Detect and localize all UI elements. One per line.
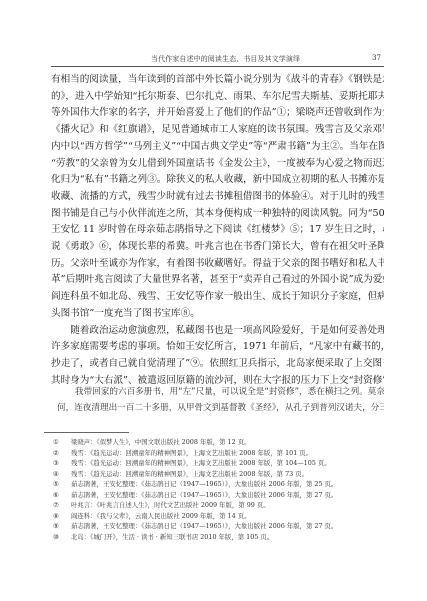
text-line: 说《勇敢》⑥，体现长辈的希冀。叶兆言也在书香门第长大，曾有在祖父叶圣陶身边生活的… bbox=[51, 239, 384, 256]
footnote: ④残雪：《趋光运动：回溯童年的精神图景》，上海文艺出版社 2008 年版，第 7… bbox=[51, 469, 384, 480]
text-line: 历。父亲叶至诚亦为作家，有着图书收藏嗜好。得益于父亲的图书嗜好和私人书库，“文 bbox=[51, 256, 384, 273]
running-title: 当代作家自述中的阅读生态、书目及其文学演绎 bbox=[151, 54, 300, 64]
footnote-text: 残雪：《趋光运动：回溯童年的精神图景》，上海文艺出版社 2008 年版，第 10… bbox=[71, 458, 331, 469]
paragraph-1: 有相当的阅读量，当年读到的首部中外长篇小说分别为《战斗的青春》《钢铁是怎样炼成 … bbox=[51, 72, 384, 323]
text-line: 收藏、流播的方式，残雪少时就有过去书摊租借图书的体验④。对于儿时的残雪来说，私人 bbox=[51, 189, 384, 206]
text-line: 革”后期叶兆言阅读了大量世界名著，甚至于“卖弄自己看过的外国小说”成为爱好之一⑦… bbox=[51, 272, 384, 289]
footnote-number: ④ bbox=[51, 469, 71, 480]
footnote-text: 茹志鹃著，王安忆整理：《茹志鹃日记（1947—1965）》，大象出版社 2006… bbox=[71, 490, 337, 501]
text-line: 《播火记》和《红旗谱》，足见普通城市工人家庭的读书氛围。残雪言及父亲邓钧洪的书架… bbox=[51, 122, 384, 139]
text-line: 有相当的阅读量，当年读到的首部中外长篇小说分别为《战斗的青春》《钢铁是怎样炼成 bbox=[51, 72, 384, 89]
text-line: 等外国伟大作家的名字，并开始喜爱上了他们的作品”①；梁晓声还曾收到作为生日礼物的 bbox=[51, 105, 384, 122]
quote-line: 何，连夜清理出一百二十多册，从甲骨文到基督教《圣经》，从孔子到普列汉诺夫，分三 bbox=[57, 400, 384, 416]
text-line: 的》，进入中学始知“托尔斯泰、巴尔扎克、雨果、车尔尼雪夫斯基、妥斯托耶夫斯基、高… bbox=[51, 89, 384, 106]
footnote: ⑨茹志鹃著，王安忆整理：《茹志鹃日记（1947—1965）》，大象出版社 200… bbox=[51, 521, 384, 532]
footnote-number: ⑧ bbox=[51, 511, 71, 522]
text-line: 化归为“私有”书籍之列③。除狭义的私人收藏，新中国成立初期的私人书摊亦是一种图书 bbox=[51, 172, 384, 189]
text-line: 抄走了，或者自己就自觉清理了”⑨。依照红卫兵指示，北岛家便采取了上交图书措施⑩。 bbox=[51, 356, 384, 373]
footnote-text: 残雪：《趋光运动：回溯童年的精神图景》，上海文艺出版社 2008 年版，第 10… bbox=[71, 448, 312, 459]
text-line: 王安忆 11 岁时曾在母亲茹志鹃指导之下阅读《红楼梦》⑤；17 岁生日之时，母亲… bbox=[51, 222, 384, 239]
text-line: 头图书馆”一度充当了图书宝库⑧。 bbox=[51, 306, 384, 323]
footnote-text: 残雪：《趋光运动：回溯童年的精神图景》，上海文艺出版社 2008 年版，第 73… bbox=[71, 469, 308, 480]
block-quote: 我带回家的六百多册书，用“左”尺量，可以说全是“封资修”，悉在横扫之列。莫奈 何… bbox=[57, 384, 384, 416]
footnote: ⑤茹志鹃著，王安忆整理：《茹志鹃日记（1947—1965）》，大象出版社 200… bbox=[51, 479, 384, 490]
footnote-number: ⑨ bbox=[51, 521, 71, 532]
footnote-number: ⑤ bbox=[51, 479, 71, 490]
footnote-number: ③ bbox=[51, 458, 71, 469]
footnote: ⑩北岛：《城门开》，生活 · 读书 · 新知三联书店 2010 年版，第 105… bbox=[51, 532, 384, 543]
text-line: “劳教”的父亲曾为女儿借到外国童话书《金发公主》，一度被奉为心爱之物而迟迟未归还… bbox=[51, 156, 384, 173]
footnote: ⑥茹志鹃著，王安忆整理：《茹志鹃日记（1947—1965）》，大象出版社 200… bbox=[51, 490, 384, 501]
footnote-number: ⑥ bbox=[51, 490, 71, 501]
footnote-rule bbox=[44, 432, 129, 433]
quote-line: 我带回家的六百多册书，用“左”尺量，可以说全是“封资修”，悉在横扫之列。莫奈 bbox=[57, 384, 384, 400]
text-line: 随着政治运动愈演愈烈，私藏图书也是一项高风险爱好，于是如何妥善处理旧藏成为 bbox=[51, 323, 384, 340]
footnote: ①梁晓声：《似梦人生》，中国文联出版社 2008 年版，第 12 页。 bbox=[51, 437, 384, 448]
footnote-text: 茹志鹃著，王安忆整理：《茹志鹃日记（1947—1965）》，大象出版社 2006… bbox=[71, 521, 337, 532]
page-number: 37 bbox=[372, 54, 381, 62]
footnote-text: 梁晓声：《似梦人生》，中国文联出版社 2008 年版，第 12 页。 bbox=[71, 437, 251, 448]
footnote: ⑧阎连科：《我与父辈》，云南人民出版社 2009 年版，第 14 页。 bbox=[51, 511, 384, 522]
footnotes: ①梁晓声：《似梦人生》，中国文联出版社 2008 年版，第 12 页。 ②残雪：… bbox=[51, 437, 384, 542]
footnote-number: ⑦ bbox=[51, 500, 71, 511]
footnote-number: ⑩ bbox=[51, 532, 71, 543]
text-line: 图书铺是自己与小伙伴流连之所，其本身便构成一种独特的阅读风貌。同为“50 后”作… bbox=[51, 206, 384, 223]
footnote-text: 阎连科：《我与父辈》，云南人民出版社 2009 年版，第 14 页。 bbox=[71, 511, 251, 522]
header-rule bbox=[51, 66, 384, 67]
footnote: ⑦叶兆言：《叶兆言自述人生》，时代文艺出版社 2009 年版，第 99 页。 bbox=[51, 500, 384, 511]
text-line: 许多家庭需要考虑的事项。恰如王安忆所言，1971 年前后，“凡家中有藏书的，或者… bbox=[51, 339, 384, 356]
text-line: 内中以“西方哲学”“马列主义”“中国古典文学史”等“严肃书籍”为主②。当年在图书… bbox=[51, 139, 384, 156]
footnote-number: ① bbox=[51, 437, 71, 448]
body-text: 有相当的阅读量，当年读到的首部中外长篇小说分别为《战斗的青春》《钢铁是怎样炼成 … bbox=[51, 72, 384, 389]
footnote-number: ② bbox=[51, 448, 71, 459]
running-header: 当代作家自述中的阅读生态、书目及其文学演绎 37 bbox=[51, 54, 384, 66]
text-line: 阎连科虽不如北岛、残雪、王安忆等作家一般出生、成长于知识分子家庭，但病中大姐的“… bbox=[51, 289, 384, 306]
footnote: ③残雪：《趋光运动：回溯童年的精神图景》，上海文艺出版社 2008 年版，第 1… bbox=[51, 458, 384, 469]
footnote-text: 茹志鹃著，王安忆整理：《茹志鹃日记（1947—1965）》，大象出版社 2006… bbox=[71, 479, 337, 490]
footnote-text: 北岛：《城门开》，生活 · 读书 · 新知三联书店 2010 年版，第 105 … bbox=[71, 532, 273, 543]
footnote-text: 叶兆言：《叶兆言自述人生》，时代文艺出版社 2009 年版，第 99 页。 bbox=[71, 500, 270, 511]
footnote: ②残雪：《趋光运动：回溯童年的精神图景》，上海文艺出版社 2008 年版，第 1… bbox=[51, 448, 384, 459]
paragraph-2: 随着政治运动愈演愈烈，私藏图书也是一项高风险爱好，于是如何妥善处理旧藏成为 许多… bbox=[51, 323, 384, 390]
